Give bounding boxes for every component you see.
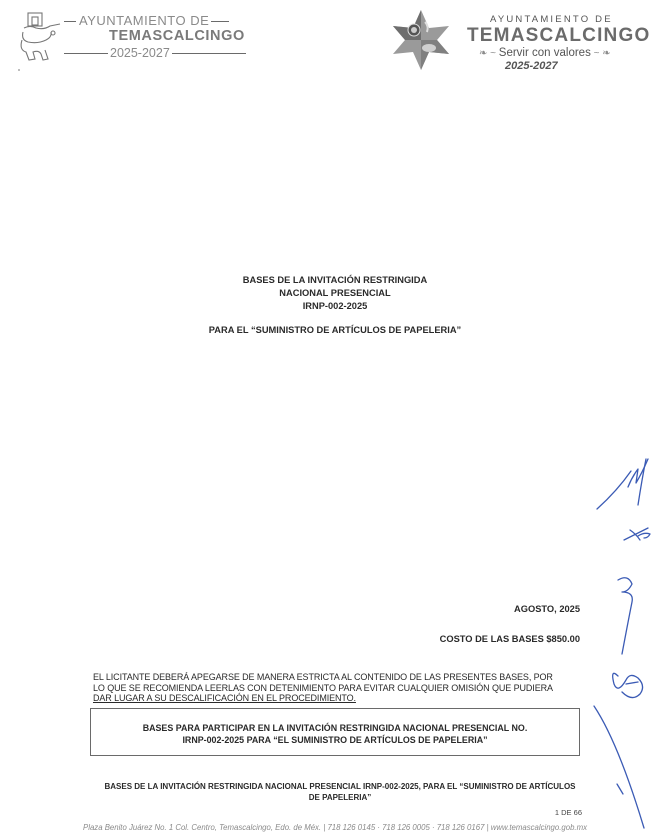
bases-cost: COSTO DE LAS BASES $850.00 xyxy=(440,634,580,644)
footer-address: Plaza Benito Juárez No. 1 Col. Centro, T… xyxy=(0,823,670,832)
logo-left-line1: AYUNTAMIENTO DE xyxy=(64,13,229,28)
running-footer-title: BASES DE LA INVITACIÓN RESTRINGIDA NACIO… xyxy=(80,782,600,803)
signature-initial-3 xyxy=(618,578,632,654)
boxed-title-line-2: IRNP-002-2025 PARA “EL SUMINISTRO DE ART… xyxy=(91,734,579,746)
notice-line-2: LO QUE SE RECOMIENDA LEERLAS CON DETENIM… xyxy=(93,683,579,694)
logo-left-line3: 2025-2027 xyxy=(64,46,246,60)
boxed-title-line-1: BASES PARA PARTICIPAR EN LA INVITACIÓN R… xyxy=(91,722,579,734)
logo-right-line1: AYUNTAMIENTO DE xyxy=(490,14,613,25)
title-line-4: PARA EL “SUMINISTRO DE ARTÍCULOS DE PAPE… xyxy=(0,324,670,337)
signature-initial-4 xyxy=(613,673,643,697)
logo-left-line2: TEMASCALCINGO xyxy=(109,28,245,44)
footer-title-line-1: BASES DE LA INVITACIÓN RESTRINGIDA NACIO… xyxy=(80,782,600,793)
leaf-icon: ❧ ~ xyxy=(479,48,499,59)
star-emblem-icon xyxy=(385,8,457,72)
notice-line-3: DAR LUGAR A SU DESCALIFICACIÓN EN EL PRO… xyxy=(93,693,579,704)
document-title: BASES DE LA INVITACIÓN RESTRINGIDA NACIO… xyxy=(0,274,670,337)
title-line-3: IRNP-002-2025 xyxy=(0,300,670,313)
municipal-logo-left: AYUNTAMIENTO DE TEMASCALCINGO 2025-2027 xyxy=(14,8,244,66)
logo-right-line2: TEMASCALCINGO xyxy=(467,25,650,47)
signature-initial-1 xyxy=(597,459,648,509)
municipal-logo-right: AYUNTAMIENTO DE TEMASCALCINGO ❧ ~ Servir… xyxy=(385,8,670,70)
page-number: 1 DE 66 xyxy=(555,808,582,817)
footer-title-line-2: DE PAPELERIA” xyxy=(80,793,600,804)
logo-right-years: 2025-2027 xyxy=(505,60,558,72)
leaf-icon: ~ ❧ xyxy=(591,48,611,59)
logo-right-slogan: ❧ ~ Servir con valores ~ ❧ xyxy=(479,47,611,59)
notice-line-1: EL LICITANTE DEBERÁ APEGARSE DE MANERA E… xyxy=(93,672,579,683)
boxed-title: BASES PARA PARTICIPAR EN LA INVITACIÓN R… xyxy=(90,708,580,756)
bidder-notice: EL LICITANTE DEBERÁ APEGARSE DE MANERA E… xyxy=(93,672,579,704)
seated-figure-icon xyxy=(14,10,62,62)
scan-speck xyxy=(18,69,20,71)
signature-initial-2 xyxy=(624,528,650,540)
title-line-1: BASES DE LA INVITACIÓN RESTRINGIDA xyxy=(0,274,670,287)
signature-stroke-5 xyxy=(594,706,644,828)
document-date: AGOSTO, 2025 xyxy=(514,604,580,614)
title-line-2: NACIONAL PRESENCIAL xyxy=(0,287,670,300)
